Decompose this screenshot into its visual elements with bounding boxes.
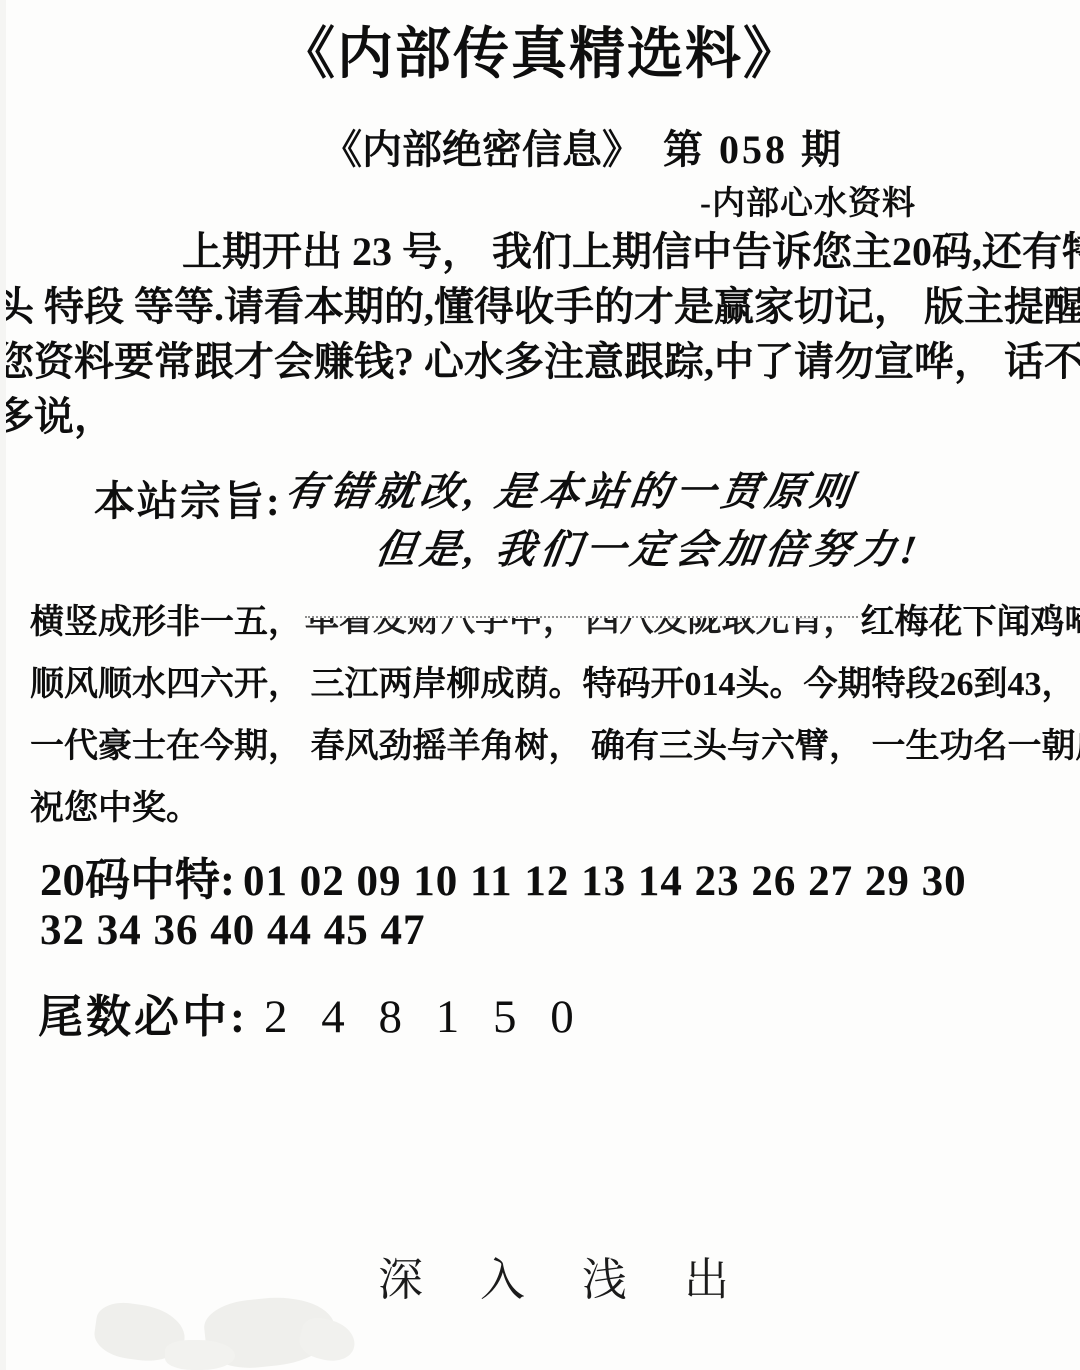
intro-paragraph: 上期开出 23 号， 我们上期信中告诉您主20码,还有特 头 特段 等等.请看本… (0, 224, 1080, 444)
twenty-codes-row-1: 20码中特:01 02 09 10 11 12 13 14 23 26 27 2… (40, 843, 967, 908)
tail-numbers-row: 尾数必中:2 4 8 1 5 0 (38, 980, 578, 1045)
tail-numbers-label: 尾数必中: (38, 992, 248, 1042)
twenty-codes-label: 20码中特: (40, 855, 235, 905)
tagline: -内部心水资料 (700, 177, 916, 224)
verse-line-1-faded-segment: 单看发财八字中， 四八发陇取尤肓， (305, 616, 858, 641)
motto-label: 本站宗旨: (94, 468, 282, 527)
fax-document-page: 《内部传真精选料》 《内部绝密信息》 第 058 期 -内部心水资料 上期开出 … (0, 0, 1080, 1370)
verse-line-1: 横竖成形非一五，单看发财八字中， 四八发陇取尤肓，红梅花下闻鸡啼 (30, 592, 1080, 654)
page-title: 《内部传真精选料》 (30, 10, 1050, 90)
scan-edge-artifact (0, 0, 6, 1370)
tail-numbers-digits: 2 4 8 1 5 0 (264, 991, 578, 1043)
motto-line-2: 但是, 我们一定会加倍努力! (372, 518, 926, 575)
intro-line-1: 上期开出 23 号， 我们上期信中告诉您主20码,还有特 (0, 224, 1080, 279)
verse-line-4: 祝您中奖。 (30, 778, 1080, 840)
motto-line-1: 有错就改, 是本站的一贯原则 (282, 460, 860, 517)
twenty-codes-row-2: 32 34 36 40 44 45 47 (40, 906, 426, 955)
verse-line-1-end: 红梅花下闻鸡啼 (861, 604, 1080, 641)
verse-block: 横竖成形非一五，单看发财八字中， 四八发陇取尤肓，红梅花下闻鸡啼 顺风顺水四六开… (30, 592, 1080, 840)
scan-noise-blob (165, 1340, 235, 1370)
intro-line-3: 您资料要常跟才会赚钱? 心水多注意跟踪,中了请勿宣哗， 话不 (0, 334, 1080, 389)
footer-slogan: 深入浅出 (378, 1243, 786, 1308)
verse-line-1-start: 横竖成形非一五， (30, 604, 302, 641)
twenty-codes-numbers-2: 32 34 36 40 44 45 47 (40, 907, 426, 954)
intro-line-2: 头 特段 等等.请看本期的,懂得收手的才是赢家切记， 版主提醒 (0, 279, 1080, 334)
intro-line-4: 多说， (0, 389, 1080, 444)
issue-number: 第 058 期 (663, 118, 844, 175)
verse-line-3: 一代豪士在今期， 春风劲摇羊角树， 确有三头与六臂， 一生功名一朝成 (30, 716, 1080, 778)
twenty-codes-numbers-1: 01 02 09 10 11 12 13 14 23 26 27 29 30 (243, 858, 967, 905)
document-subtitle: 《内部绝密信息》 (322, 118, 642, 175)
verse-line-2: 顺风顺水四六开， 三江两岸柳成荫。特码开014头。今期特段26到43， (30, 654, 1080, 716)
